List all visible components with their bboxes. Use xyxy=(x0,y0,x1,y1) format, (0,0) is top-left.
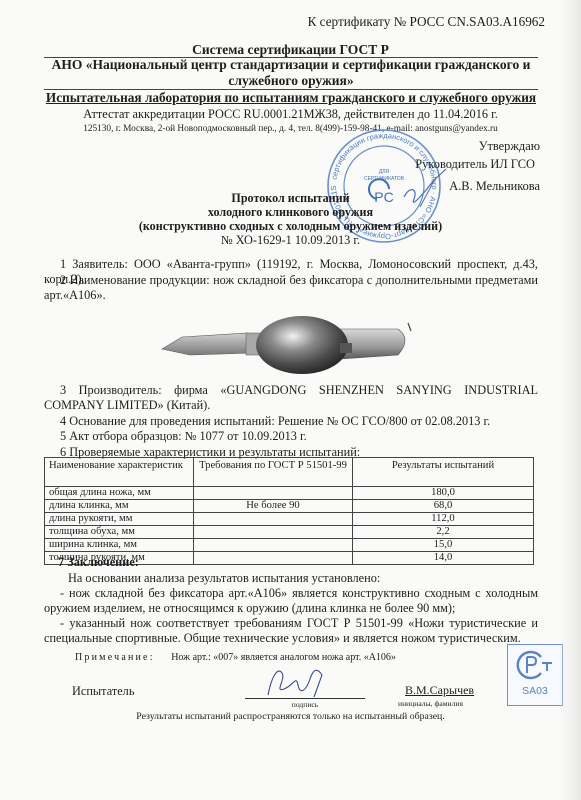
protocol-title: Протокол испытаний холодного клинкового … xyxy=(0,191,581,233)
cell-characteristic: общая длина ножа, мм xyxy=(45,487,194,500)
certification-system-title: Система сертификации ГОСТ Р xyxy=(0,42,581,58)
footer-disclaimer: Результаты испытаний распространяются то… xyxy=(0,711,581,722)
certificate-reference: К сертификату № РОСС CN.SA03.A16962 xyxy=(0,14,545,30)
conclusion-point-2: - указанный нож соответствует требования… xyxy=(44,616,538,646)
table-row: длина клинка, мм Не более 90 68,0 xyxy=(45,500,534,513)
signature-line xyxy=(245,698,365,699)
header-result: Результаты испытаний xyxy=(353,458,534,487)
cell-requirement xyxy=(194,513,353,526)
cell-characteristic: длина рукояти, мм xyxy=(45,513,194,526)
table-row: длина рукояти, мм 112,0 xyxy=(45,513,534,526)
cell-requirement xyxy=(194,539,353,552)
protocol-title-line2: холодного клинкового оружия xyxy=(0,205,581,219)
cell-characteristic: ширина клинка, мм xyxy=(45,539,194,552)
protocol-title-line3: (конструктивно сходных с холодным оружие… xyxy=(0,219,581,233)
cell-result: 15,0 xyxy=(353,539,534,552)
table-row: общая длина ножа, мм 180,0 xyxy=(45,487,534,500)
cell-requirement xyxy=(194,487,353,500)
table-row: толщина обуха, мм 2,2 xyxy=(45,526,534,539)
table-row: ширина клинка, мм 15,0 xyxy=(45,539,534,552)
conclusion-title: 7 Заключение: xyxy=(58,555,139,570)
cell-requirement: Не более 90 xyxy=(194,500,353,513)
gost-mark-code: SA03 xyxy=(508,685,562,697)
header-requirement: Требования по ГОСТ Р 51501-99 xyxy=(194,458,353,487)
table-header-row: Наименование характеристик Требования по… xyxy=(45,458,534,487)
address-line: 125130, г. Москва, 2-ой Новоподмосковный… xyxy=(0,124,581,134)
item-sampling-act: 5 Акт отбора образцов: № 1077 от 10.09.2… xyxy=(44,429,538,444)
gost-conformity-mark: SA03 xyxy=(507,644,563,706)
item-manufacturer: 3 Производитель: фирма «GUANGDONG SHENZH… xyxy=(44,383,538,413)
conclusion-point-1: - нож складной без фиксатора арт.«А106» … xyxy=(44,586,538,616)
cell-result: 14,0 xyxy=(353,552,534,565)
approve-label: Утверждаю xyxy=(479,138,540,155)
organization-name: АНО «Национальный центр стандартизации и… xyxy=(44,57,538,89)
cell-result: 112,0 xyxy=(353,513,534,526)
protocol-number: № ХО-1629-1 10.09.2013 г. xyxy=(0,233,581,248)
note: Примечание: Нож арт.: «007» является ана… xyxy=(75,652,396,663)
signature-caption: подпись xyxy=(245,700,365,709)
cell-result: 68,0 xyxy=(353,500,534,513)
protocol-title-line1: Протокол испытаний xyxy=(0,191,581,205)
results-table: Наименование характеристик Требования по… xyxy=(44,457,534,565)
conclusion-intro: На основании анализа результатов испытан… xyxy=(44,571,538,586)
gost-pct-logo-icon xyxy=(508,645,562,685)
svg-text:ДЛЯ: ДЛЯ xyxy=(379,169,390,175)
item-basis: 4 Основание для проведения испытаний: Ре… xyxy=(44,414,538,429)
accreditation-line: Аттестат аккредитации РОСС RU.0001.21МЖ3… xyxy=(0,107,581,122)
tester-name: В.М.Сарычев xyxy=(405,683,474,698)
header-characteristic: Наименование характеристик xyxy=(45,458,194,487)
cell-result: 180,0 xyxy=(353,487,534,500)
cell-requirement xyxy=(194,552,353,565)
note-label: Примечание: xyxy=(75,652,155,663)
knife-photo xyxy=(160,305,422,375)
cell-characteristic: толщина обуха, мм xyxy=(45,526,194,539)
tester-name-caption: инициалы, фамилия xyxy=(398,699,463,708)
tester-role: Испытатель xyxy=(72,684,134,699)
cell-characteristic: длина клинка, мм xyxy=(45,500,194,513)
cell-result: 2,2 xyxy=(353,526,534,539)
cell-requirement xyxy=(194,526,353,539)
item-product: 2 Наименование продукции: нож складной б… xyxy=(44,273,538,303)
laboratory-name: Испытательная лаборатория по испытаниям … xyxy=(44,90,538,106)
tester-signature-icon xyxy=(262,665,332,701)
certificate-document: К сертификату № РОСС CN.SA03.A16962 Сист… xyxy=(0,0,581,800)
scan-edge-shadow xyxy=(559,0,581,800)
note-text: Нож арт.: «007» является аналогом ножа а… xyxy=(171,652,396,663)
